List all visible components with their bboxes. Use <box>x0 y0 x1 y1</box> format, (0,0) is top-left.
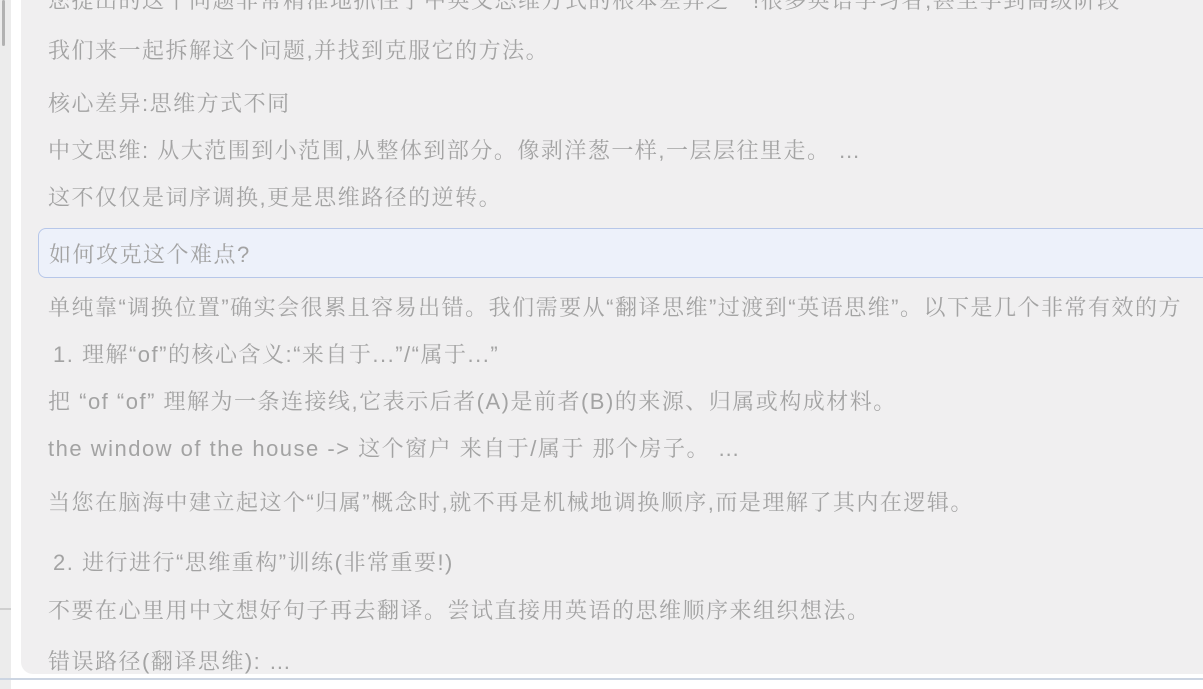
message-line-numbered: 1. 理解“of”的核心含义:“来自于...”/“属于...” <box>53 342 499 368</box>
message-line: 这不仅仅是词序调换,更是思维路径的逆转。 <box>48 185 502 211</box>
message-line: 不要在心里用中文想好句子再去翻译。尝试直接用英语的思维顺序来组织想法。 <box>48 598 871 624</box>
highlighted-question-box[interactable]: 如何攻克这个难点? <box>38 228 1203 278</box>
message-line: 把 “of “of” 理解为一条连接线,它表示后者(A)是前者(B)的来源、归属… <box>48 389 897 415</box>
message-line: 核心差异:思维方式不同 <box>48 91 291 117</box>
scrollbar-thumb[interactable] <box>2 0 5 46</box>
message-line: 错误路径(翻译思维): … <box>48 649 292 675</box>
message-line: 中文思维: 从大范围到小范围,从整体到部分。像剥洋葱一样,一层层往里走。 … <box>48 138 862 164</box>
message-line: 我们来一起拆解这个问题,并找到克服它的方法。 <box>48 38 549 64</box>
highlighted-question-text: 如何攻克这个难点? <box>49 238 251 269</box>
collapsed-sidebar-rail <box>0 0 11 689</box>
input-area-top-divider <box>0 678 1203 680</box>
rail-divider <box>0 608 11 610</box>
message-line: 单纯靠“调换位置”确实会很累且容易出错。我们需要从“翻译思维”过渡到“英语思维”… <box>48 295 1182 321</box>
message-line: the window of the house -> 这个窗户 来自于/属于 那… <box>48 436 741 462</box>
message-line-numbered: 2. 进行进行“思维重构”训练(非常重要!) <box>53 550 454 576</box>
message-line: 您提出的这个问题非常精准地抓住了中英文思维方式的根本差异之一!很多英语学习者,甚… <box>48 0 1121 14</box>
message-line: 当您在脑海中建立起这个“归属”概念时,就不再是机械地调换顺序,而是理解了其内在逻… <box>48 490 974 516</box>
